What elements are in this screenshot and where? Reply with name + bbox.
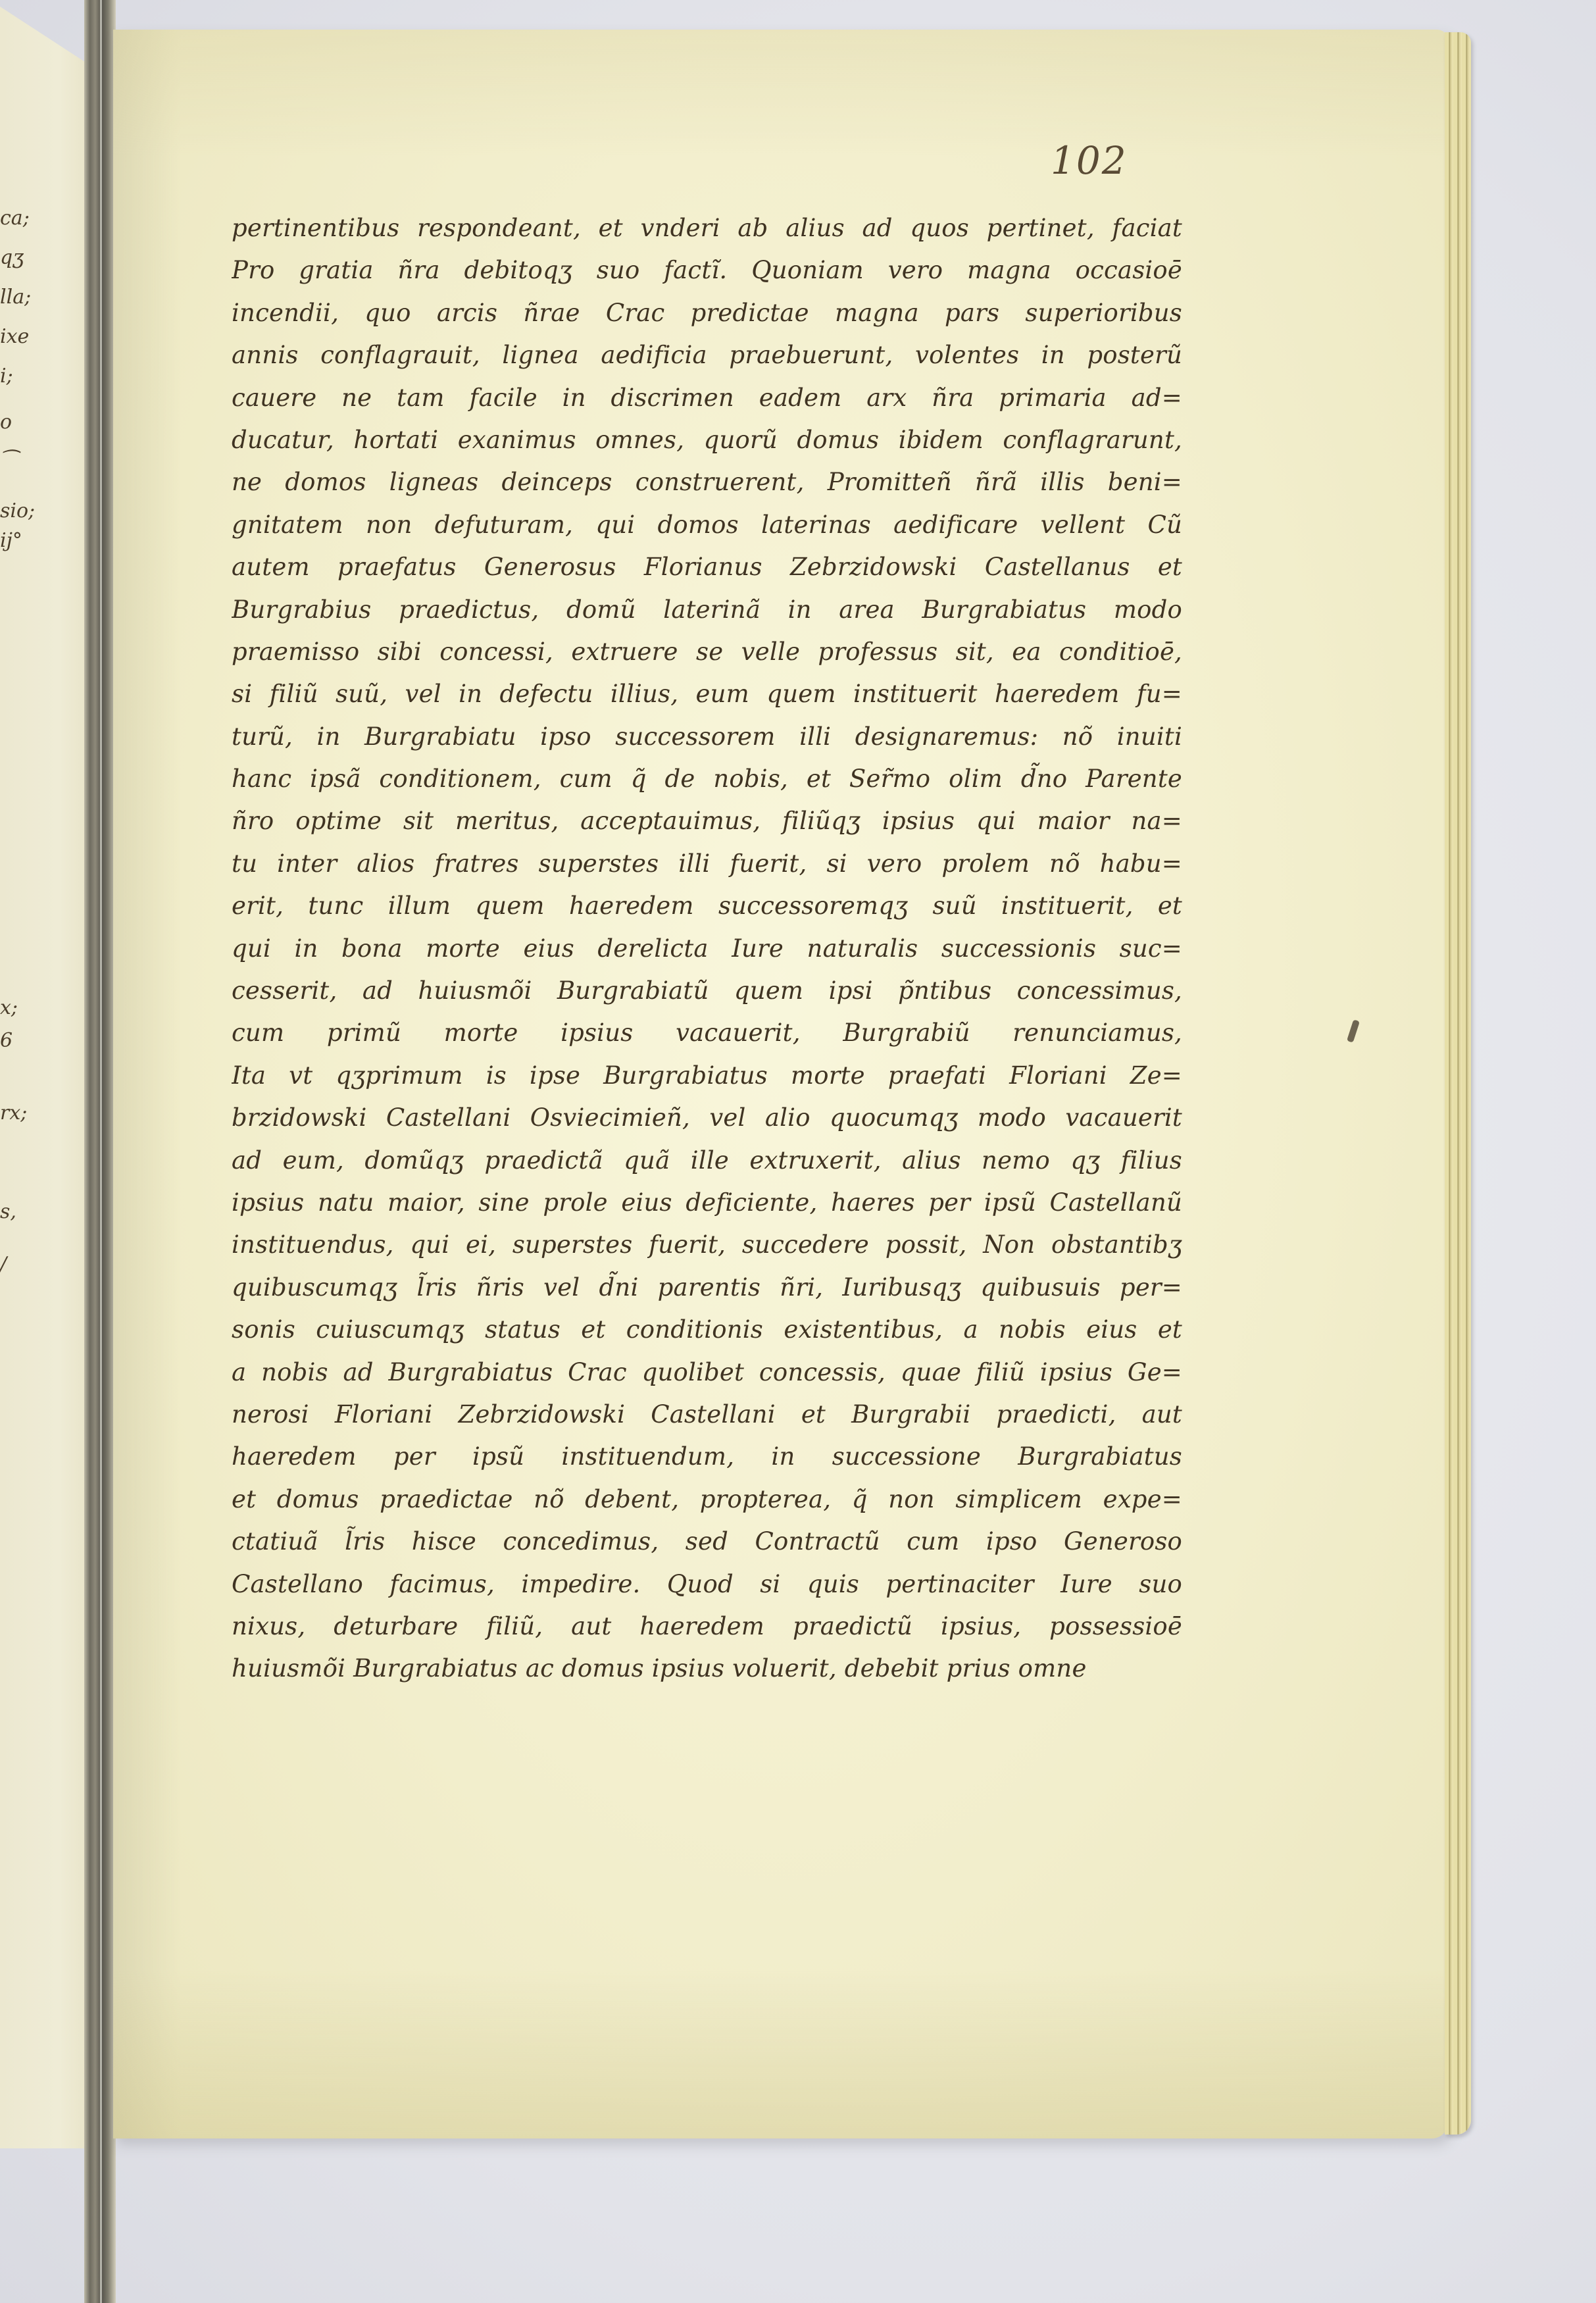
text-line: erit, tunc illum quem haeredem successor… xyxy=(232,885,1182,927)
text-line: huiusmõi Burgrabiatus ac domus ipsius v… xyxy=(232,1648,1182,1690)
text-line: qui in bona morte eius derelicta Iure na… xyxy=(232,928,1182,970)
text-line: sonis cuiuscumqʒ status et conditionis e… xyxy=(232,1309,1182,1351)
left-margin-fragment: ij° xyxy=(0,520,46,562)
text-line: haeredem per ipsũ instituendum, in succ… xyxy=(232,1436,1182,1478)
left-margin-fragment: ixe xyxy=(0,316,46,358)
text-line: gnitatem non defuturam, qui domos lateri… xyxy=(232,504,1182,546)
text-line: pertinentibus respondeant, et vnderi ab … xyxy=(232,207,1182,249)
text-block: pertinentibus respondeant, et vnderi ab … xyxy=(232,207,1182,1690)
gutter-highlight xyxy=(100,0,102,2303)
text-line: autem praefatus Generosus Florianus Zebr… xyxy=(232,546,1182,588)
text-line: tu inter alios fratres superstes illi fu… xyxy=(232,843,1182,885)
left-margin-fragment: rx; xyxy=(0,1092,46,1134)
text-line: ñro optime sit meritus, acceptauimus, f… xyxy=(232,800,1182,842)
left-margin-fragment: ⁀ xyxy=(0,441,46,483)
text-line: hanc ipsã conditionem, cum q̃ de nobis,… xyxy=(232,758,1182,800)
text-line: turũ, in Burgrabiatu ipso successorem i… xyxy=(232,716,1182,758)
left-margin-fragment: i; xyxy=(0,355,46,397)
text-line: instituendus, qui ei, superstes fuerit, … xyxy=(232,1224,1182,1266)
text-line: Pro gratia ñra debitoqʒ suo factĩ. Quo… xyxy=(232,249,1182,291)
text-line: cesserit, ad huiusmõi Burgrabiatũ quem… xyxy=(232,970,1182,1012)
left-margin-fragment: lla; xyxy=(0,276,46,318)
text-line: nixus, deturbare filiũ, aut haeredem pr… xyxy=(232,1606,1182,1648)
left-margin-fragment: / xyxy=(0,1244,46,1286)
folio-number: 102 xyxy=(1051,138,1128,183)
text-line: brzidowski Castellani Osviecimieñ, vel … xyxy=(232,1097,1182,1139)
text-line: incendii, quo arcis ñrae Crac predictae… xyxy=(232,292,1182,334)
left-margin-fragment: ca; xyxy=(0,197,46,240)
text-line: quibuscumqʒ l̃ris ñris vel d̃ni parenti… xyxy=(232,1267,1182,1309)
text-line: Burgrabius praedictus, domũ laterinã i… xyxy=(232,589,1182,631)
text-line: Castellano facimus, impedire. Quod si qu… xyxy=(232,1563,1182,1606)
ink-blot-mark xyxy=(1347,1019,1360,1042)
text-line: praemisso sibi concessi, extruere se vel… xyxy=(232,631,1182,673)
text-line: nerosi Floriani Zebrzidowski Castellani … xyxy=(232,1394,1182,1436)
text-line: ctatiuã l̃ris hisce concedimus, sed Con… xyxy=(232,1521,1182,1563)
text-line: cum primũ morte ipsius vacauerit, Burgr… xyxy=(232,1012,1182,1054)
left-margin-fragment: qʒ xyxy=(0,237,46,279)
left-margin-fragment: o xyxy=(0,401,46,443)
page-fore-edge xyxy=(1445,32,1471,2135)
text-line: ne domos ligneas deinceps construerent, … xyxy=(232,461,1182,503)
text-line: et domus praedictae nõ debent, proptere… xyxy=(232,1479,1182,1521)
text-line: ducatur, hortati exanimus omnes, quorũ … xyxy=(232,419,1182,461)
manuscript-page: 102 pertinentibus respondeant, et vnderi… xyxy=(113,30,1449,2138)
text-line: Ita vt qʒprimum is ipse Burgrabiatus mor… xyxy=(232,1055,1182,1097)
text-line: ad eum, domũqʒ praedictã quã ille ext… xyxy=(232,1140,1182,1182)
text-line: si filiũ suũ, vel in defectu illius, e… xyxy=(232,673,1182,715)
text-line: a nobis ad Burgrabiatus Crac quolibet co… xyxy=(232,1352,1182,1394)
text-line: cauere ne tam facile in discrimen eadem … xyxy=(232,377,1182,419)
text-line: ipsius natu maior, sine prole eius defic… xyxy=(232,1182,1182,1224)
left-margin-fragment: 6 xyxy=(0,1020,46,1062)
left-margin-fragment: s, xyxy=(0,1191,46,1233)
text-line: annis conflagrauit, lignea aedificia pra… xyxy=(232,334,1182,376)
